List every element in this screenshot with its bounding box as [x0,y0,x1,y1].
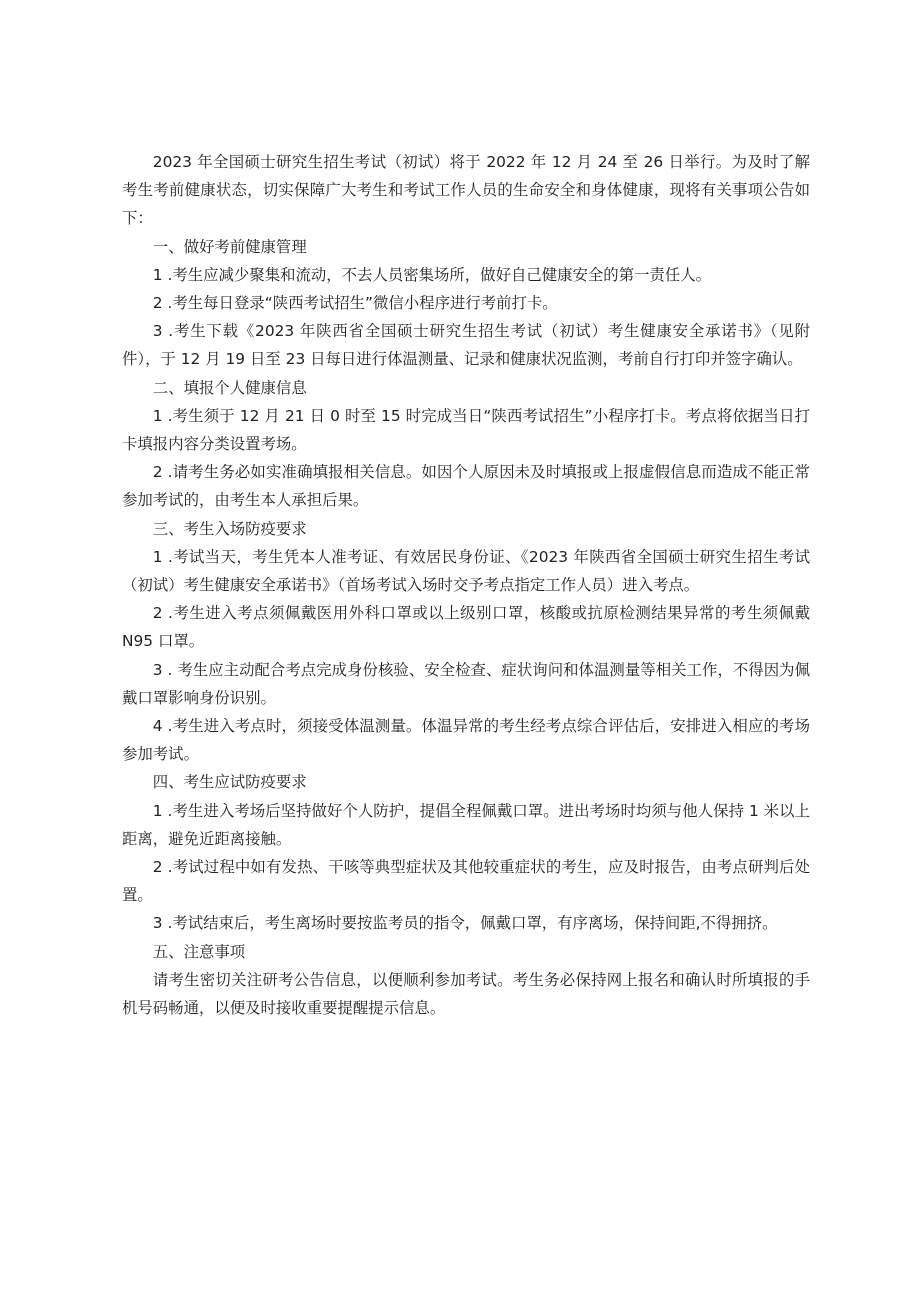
section-4-item-2: 2 .考试过程中如有发热、干咳等典型症状及其他较重症状的考生，应及时报告，由考点… [122,853,810,909]
intro-paragraph: 2023 年全国硕士研究生招生考试（初试）将于 2022 年 12 月 24 至… [122,148,810,233]
section-3-item-2: 2 .考生进入考点须佩戴医用外科口罩或以上级别口罩，核酸或抗原检测结果异常的考生… [122,599,810,655]
document-page: 2023 年全国硕士研究生招生考试（初试）将于 2022 年 12 月 24 至… [122,148,810,1022]
section-3-item-1: 1 .考试当天，考生凭本人准考证、有效居民身份证、《2023 年陕西省全国硕士研… [122,543,810,599]
section-4-heading: 四、考生应试防疫要求 [122,768,810,796]
section-2-item-1: 1 .考生须于 12 月 21 日 0 时至 15 时完成当日“陕西考试招生”小… [122,402,810,458]
section-3-item-3: 3 . 考生应主动配合考点完成身份核验、安全检查、症状询问和体温测量等相关工作，… [122,656,810,712]
section-5-paragraph: 请考生密切关注研考公告信息，以便顺利参加考试。考生务必保持网上报名和确认时所填报… [122,966,810,1022]
section-5-heading: 五、注意事项 [122,938,810,966]
section-1-item-1: 1 .考生应减少聚集和流动，不去人员密集场所，做好自己健康安全的第一责任人。 [122,261,810,289]
section-3-item-4: 4 .考生进入考点时，须接受体温测量。体温异常的考生经考点综合评估后，安排进入相… [122,712,810,768]
section-2-heading: 二、填报个人健康信息 [122,374,810,402]
section-3-heading: 三、考生入场防疫要求 [122,515,810,543]
section-1-heading: 一、做好考前健康管理 [122,233,810,261]
section-2-item-2: 2 .请考生务必如实准确填报相关信息。如因个人原因未及时填报或上报虚假信息而造成… [122,458,810,514]
section-1-item-3: 3 .考生下载《2023 年陕西省全国硕士研究生招生考试（初试）考生健康安全承诺… [122,317,810,373]
section-4-item-3: 3 .考试结束后，考生离场时要按监考员的指令，佩戴口罩，有序离场，保持间距,不得… [122,909,810,937]
section-1-item-2: 2 .考生每日登录“陕西考试招生”微信小程序进行考前打卡。 [122,289,810,317]
section-4-item-1: 1 .考生进入考场后坚持做好个人防护，提倡全程佩戴口罩。进出考场时均须与他人保持… [122,797,810,853]
